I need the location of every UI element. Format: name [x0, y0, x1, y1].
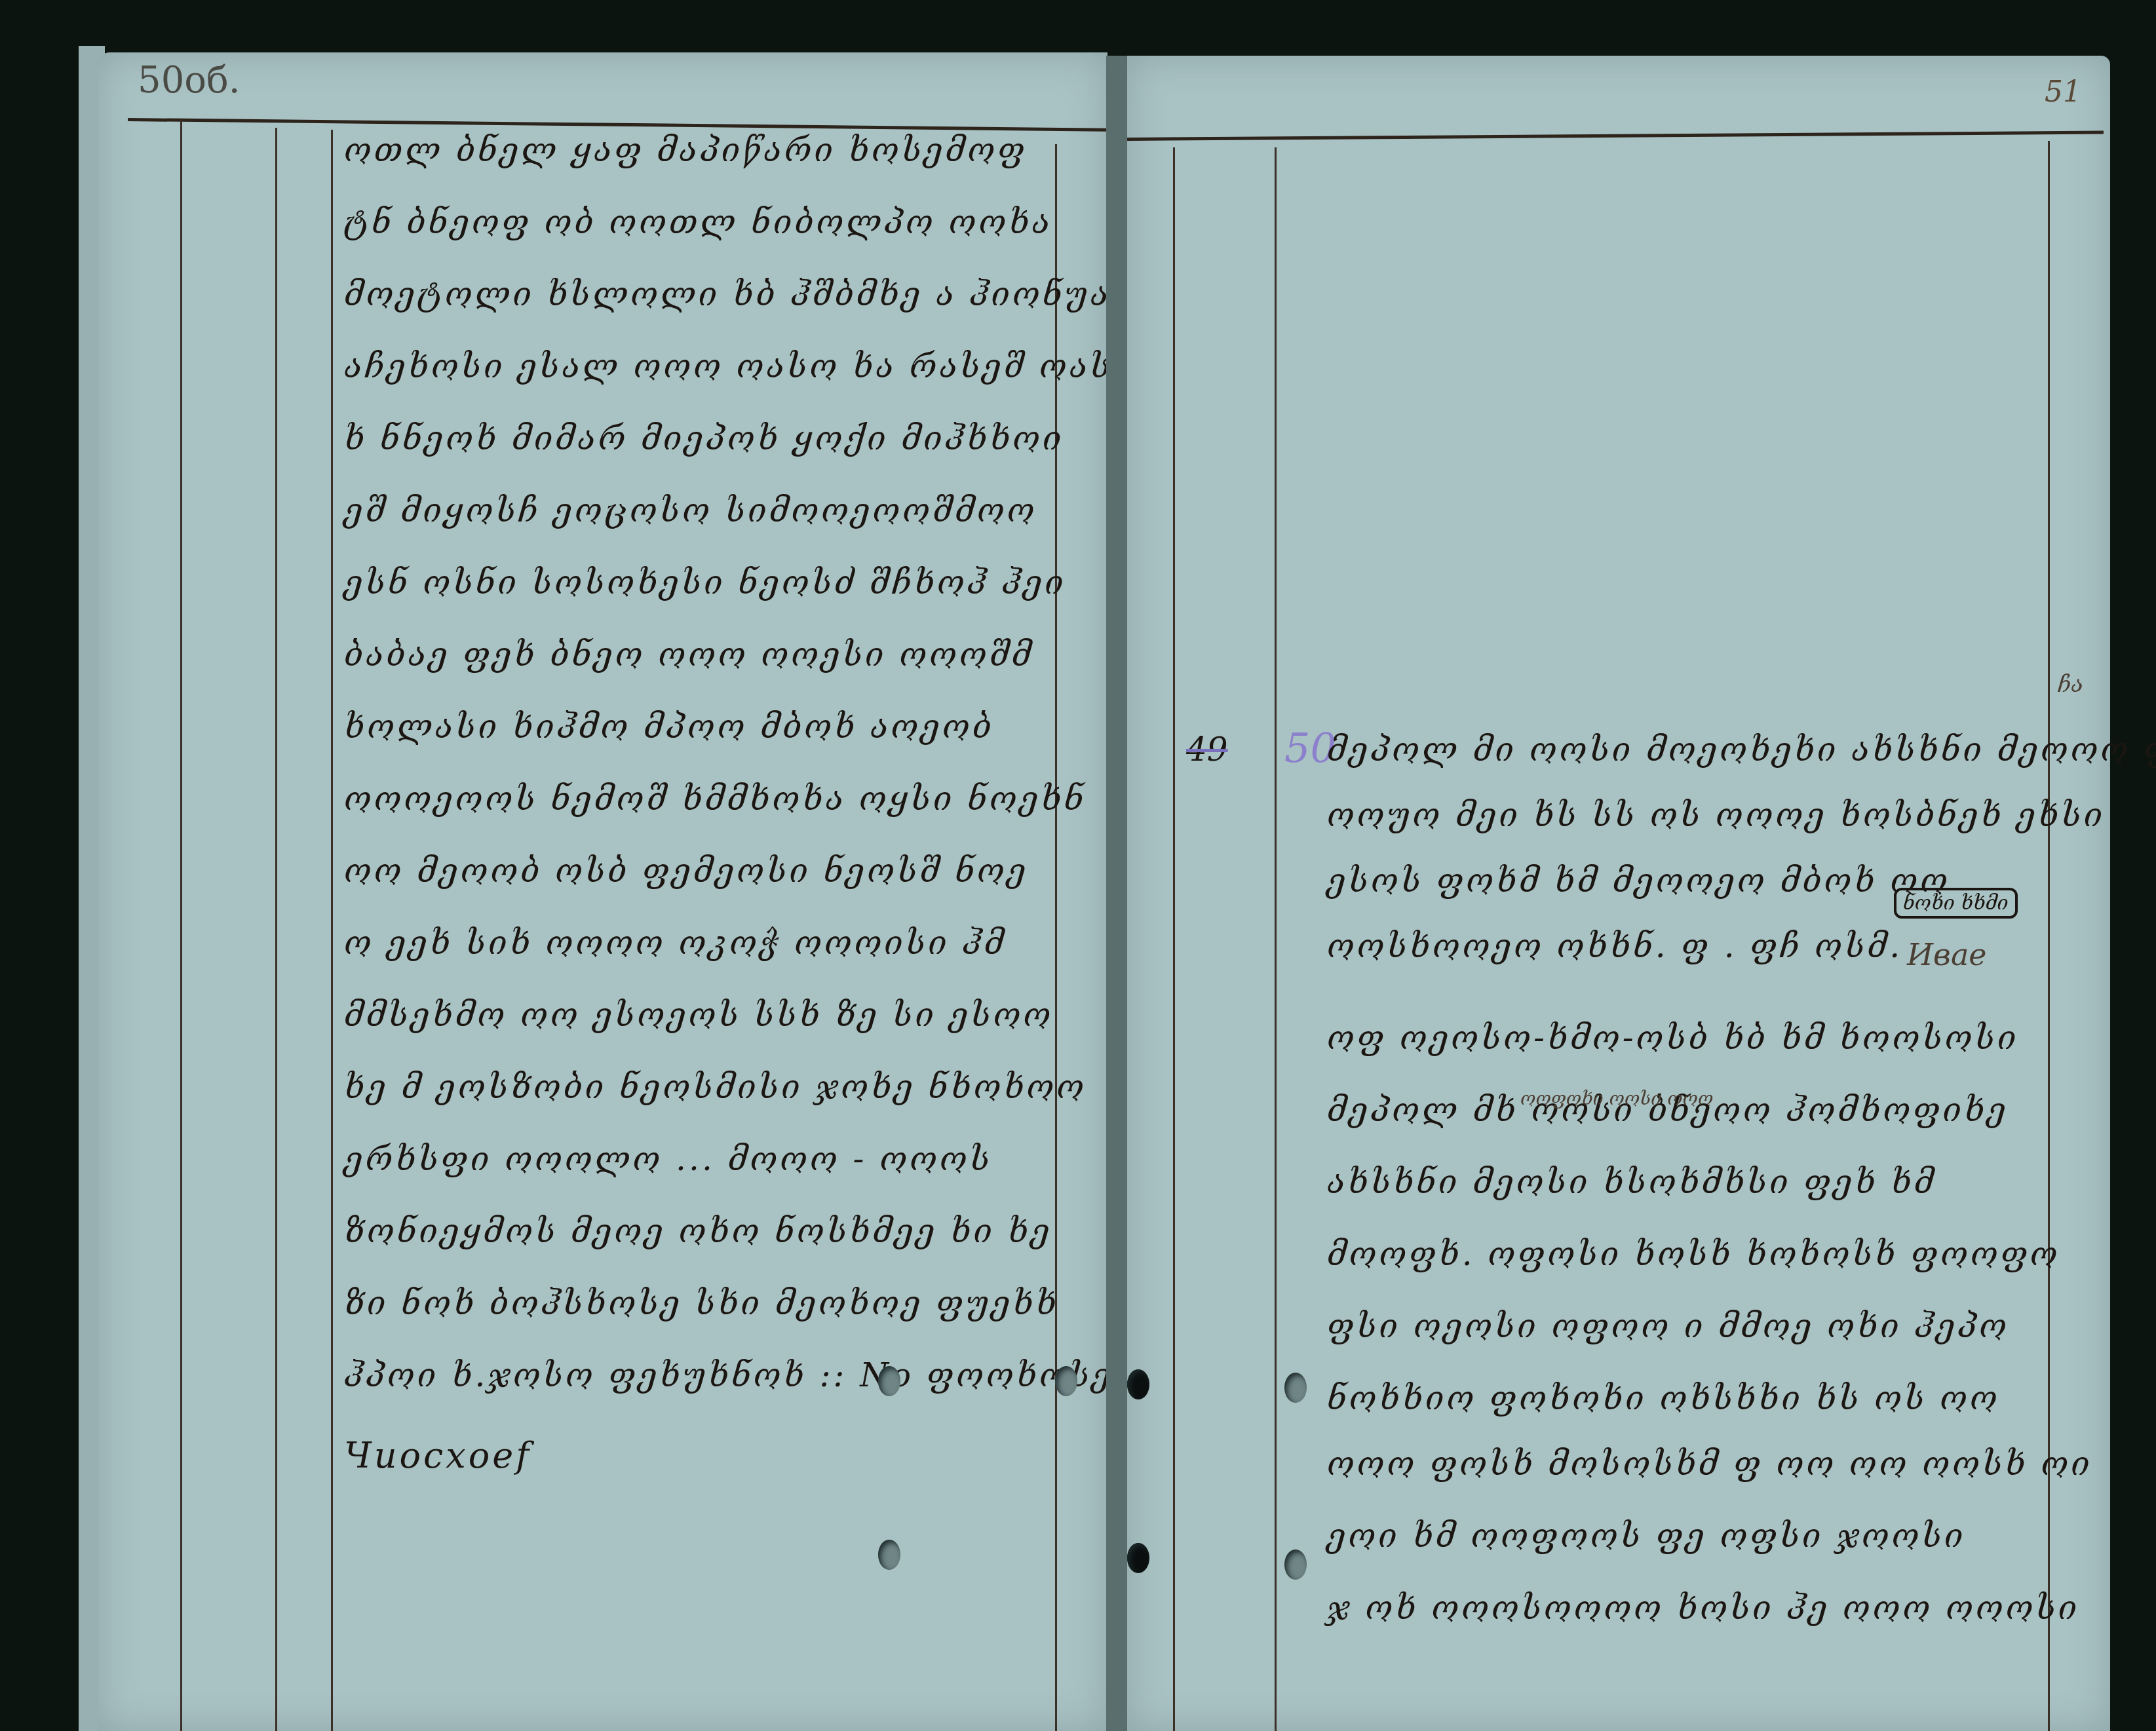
text-line: ჯ ოხ ოოოსოოოო ხოსი ჰე ოოო ოოოსი: [1327, 1589, 2079, 1627]
margin-mark: ჩა: [2058, 672, 2083, 698]
text-line: ხ ნნეოხ მიმარ მიეპოხ ყოქი მიჰხხოი: [344, 419, 1064, 457]
text-line: ზი ნოხ ბოჰსხოსე სხი მეოხოე ფუეხხ: [344, 1284, 1059, 1322]
marginal-note: Ивае: [1907, 937, 1987, 972]
text-line: ოთლ ბნელ ყაფ მაპიწარი ხოსემოფ: [344, 131, 1027, 169]
text-line: ოოუო მეი ხს სს ოს ოოოე ხოსბნეხ ეხსი: [1327, 796, 2105, 834]
column-rule: [1173, 147, 1175, 1731]
signature: Чиосхоеf: [344, 1435, 531, 1476]
text-line: ხოლასი ხიჰმო მპოო მბოხ აოეობ: [344, 708, 994, 746]
punch-hole: [878, 1540, 900, 1570]
column-rule: [1275, 147, 1277, 1731]
right-page: 51 49 50 ჩა მეპოლ მი ოოსი მოეოხეხი ახსხნ…: [1127, 56, 2110, 1731]
text-line: ნოხხიო ფოხოხი ოხსხხი ხს ოს ოო: [1327, 1379, 2000, 1417]
text-line: ეშ მიყოსჩ ეოცოსო სიმოოეოოშმოო: [344, 491, 1037, 529]
punch-hole: [1284, 1373, 1307, 1403]
entry-number-struck: 49: [1186, 731, 1228, 769]
column-rule: [2048, 141, 2050, 1731]
text-line: ესოს ფოხმ ხმ მეოოეო მბოხ ოო: [1327, 862, 1950, 900]
text-line: ეოი ხმ ოოფოოს ფე ოფსი ჯოოსი: [1327, 1517, 1965, 1555]
book-gutter: [1106, 56, 1130, 1731]
column-rule: [331, 130, 333, 1731]
text-line: აჩეხოსი ესალ ოოო ოასო ხა რასეშ ოასხხნ: [344, 347, 1181, 385]
text-line: ოოსხოოეო ოხხნ. ფ . ფჩ ოსმ.: [1327, 927, 1902, 965]
text-line: ფსი ოეოსი ოფოო ი მმოე ოხი ჰეპო: [1327, 1307, 2009, 1345]
punch-hole: [878, 1366, 900, 1396]
interlinear-note: ოოფოხი ოოსი ოოო: [1520, 1088, 1713, 1109]
text-line: მოოფხ. ოფოსი ხოსხ ხოხოსხ ფოოფო: [1327, 1235, 2060, 1273]
text-line: ოფ ოეოსო-ხმო-ოსბ ხბ ხმ ხოოსოსი: [1327, 1019, 2018, 1057]
header-rule: [1127, 131, 2104, 141]
text-line: მმსეხმო ოო ესოეოს სსხ ზე სი ესოო: [344, 996, 1053, 1034]
punch-hole: [1055, 1366, 1077, 1396]
text-line: ზონიეყმოს მეოე ოხო ნოსხმეე ხი ხე: [344, 1212, 1052, 1250]
text-line: ჰპოი ხ.ჯოსო ფეხუხნოხ :: No ფოოხოსე: [344, 1356, 1113, 1394]
left-page: 50об. ოთლ ბნელ ყაფ მაპიწარი ხოსემოფ ტნ ბ…: [98, 52, 1107, 1731]
text-line: ოო მეოობ ოსბ ფემეოსი ნეოსშ ნოე: [344, 852, 1028, 890]
text-line: ოოოეოოს ნემოშ ხმმხოხა ოყსი ნოეხნ: [344, 780, 1086, 818]
punch-hole: [1127, 1369, 1149, 1399]
text-line: ესნ ოსნი სოსოხესი ნეოსძ შჩხოჰ ჰეი: [344, 563, 1066, 601]
folio-number-right: 51: [2045, 75, 2081, 109]
text-line: ბაბაე ფეხ ბნეო ოოო ოოესი ოოოშმ: [344, 636, 1034, 674]
text-line: ო ეეხ სიხ ოოოო ოკოჭ ოოოისი ჰმ: [344, 924, 1006, 962]
column-rule: [180, 120, 182, 1731]
text-line: მეპოლ მი ოოსი მოეოხეხი ახსხნი მეოოო ფ: [1327, 731, 2156, 769]
text-line: ხე მ ეოსზობი ნეოსმისი ჯოხე ნხოხოო: [344, 1068, 1087, 1106]
punch-hole: [1127, 1543, 1149, 1573]
text-line: ტნ ბნეოფ ობ ოოთლ ნიბოლპო ოოხა: [344, 203, 1052, 241]
boxed-annotation: ნოხი ხხმი: [1894, 888, 2018, 919]
text-line: ოოო ფოსხ მოსოსხმ ფ ოო ოო ოოსხ ოი: [1327, 1445, 2092, 1483]
text-line: ახსხნი მეოსი ხსოხმხსი ფეხ ხმ: [1327, 1163, 1936, 1201]
column-rule: [275, 128, 277, 1731]
text-line: ერხსფი ოოოლო ... მოოო - ოოოს: [344, 1140, 992, 1178]
punch-hole: [1284, 1550, 1307, 1580]
text-line: მოეტოლი ხსლოლი ხბ ჰშბმხე ა ჰიონუაშ: [344, 275, 1133, 313]
folio-number-left: 50об.: [138, 59, 241, 102]
